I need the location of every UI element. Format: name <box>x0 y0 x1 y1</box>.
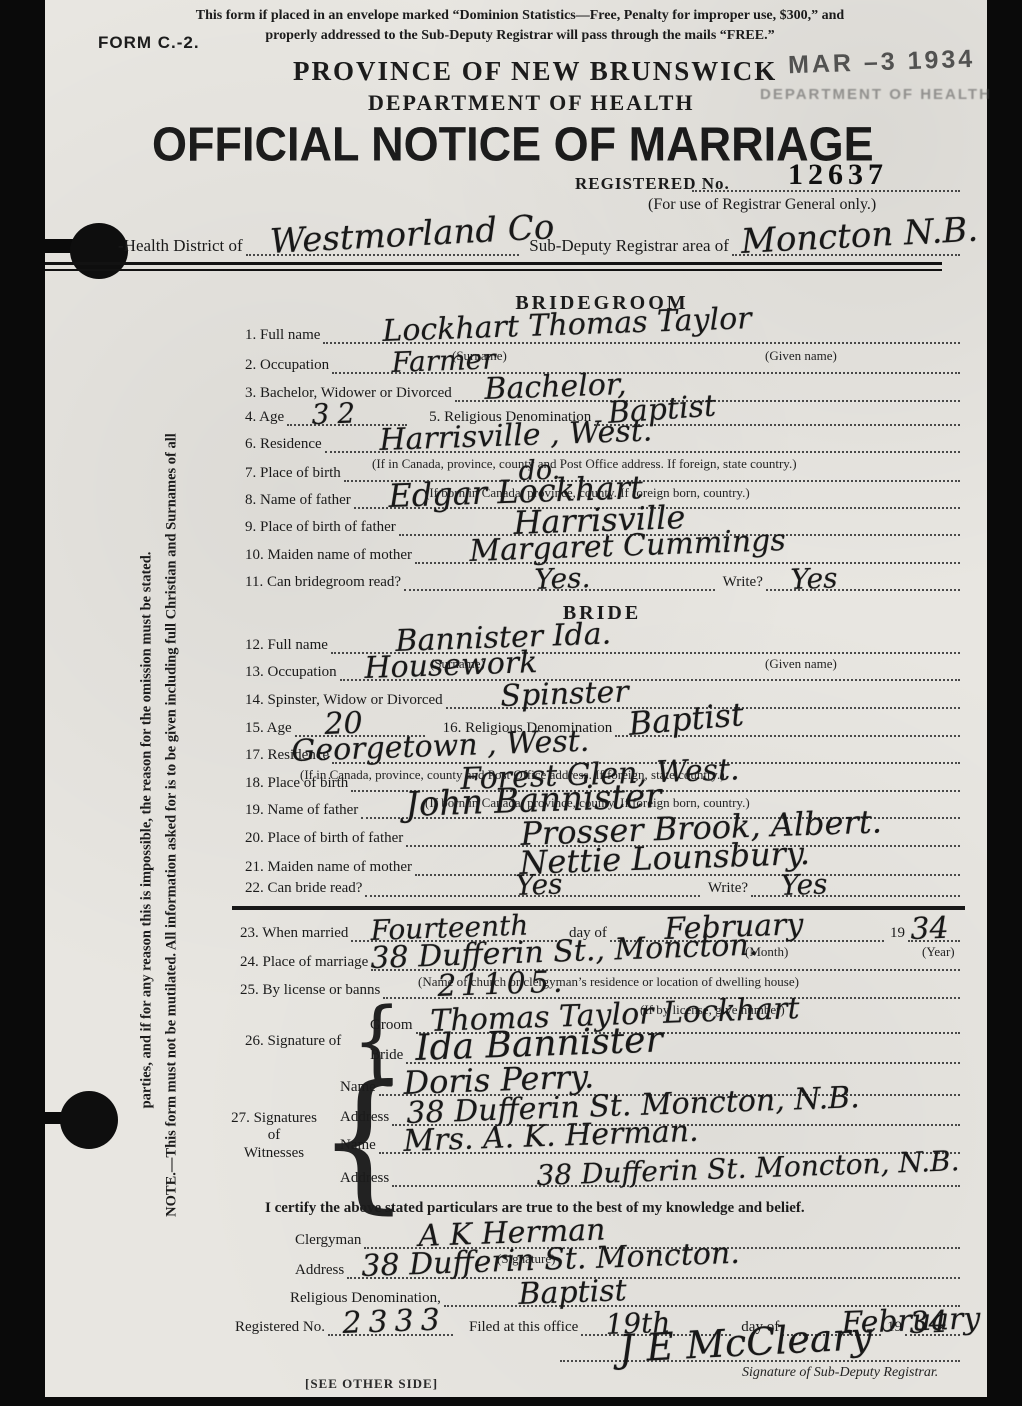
groom-read-value: Yes. <box>534 564 591 594</box>
groom-mother-label: 10. Maiden name of mother <box>245 547 415 564</box>
witnesses-label-1: 27. Signatures <box>228 1110 323 1127</box>
witnesses-label-2: of <box>228 1127 323 1144</box>
field-bride-signature: Bride Ida Bannister <box>370 1040 960 1064</box>
bride-father-birthplace-label: 20. Place of birth of father <box>245 830 406 847</box>
groom-age-value: 32 <box>311 399 364 429</box>
groom-residence-line: Harrisville , West. <box>325 427 960 453</box>
field-witness2-address: Address 38 Dufferin St. Moncton, N.B. <box>340 1163 960 1187</box>
footer-registered-line: 2333 <box>328 1310 453 1336</box>
health-district-value: Westmorland Co <box>269 210 555 259</box>
groom-fullname-line: Lockhart Thomas Taylor <box>323 318 960 344</box>
witness1-name-label: Name <box>340 1079 379 1096</box>
page-title: OFFICIAL NOTICE OF MARRIAGE <box>152 116 874 172</box>
field-groom-residence: 6. Residence Harrisville , West. <box>245 429 960 453</box>
registrar-signature-value: J E McCleary <box>618 1317 873 1368</box>
sub-deputy-area-line: Moncton N.B. <box>732 228 960 256</box>
registrar-general-note: (For use of Registrar General only.) <box>648 196 876 214</box>
filed-year-value: 34 <box>909 1308 948 1339</box>
registrar-signature-line: J E McCleary <box>560 1340 960 1362</box>
bride-write-line: Yes <box>751 871 960 897</box>
clergyman-label: Clergyman <box>295 1232 364 1249</box>
registrar-signature-subnote: Signature of Sub-Deputy Registrar. <box>742 1365 938 1381</box>
groom-occupation-value: Farmer <box>391 345 496 377</box>
district-row: -Health District of Westmorland Co Sub-D… <box>118 230 960 256</box>
health-district-line: Westmorland Co <box>246 228 520 256</box>
bride-father-label: 19. Name of father <box>245 802 361 819</box>
groom-mother-line: Margaret Cummings <box>415 538 960 564</box>
bride-occupation-line: Housework <box>340 655 960 681</box>
field-bride-read-write: 22. Can bride read? Yes Write? Yes <box>245 873 960 897</box>
footer-registered-label: Registered No. <box>235 1319 328 1336</box>
health-district-label: -Health District of <box>118 236 246 256</box>
clergyman-address-label: Address <box>295 1262 347 1279</box>
witnesses-label-3: Witnesses <box>228 1145 323 1162</box>
field-groom-mother: 10. Maiden name of mother Margaret Cummi… <box>245 540 960 564</box>
groom-residence-label: 6. Residence <box>245 436 325 453</box>
footer-registered-value: 2333 <box>342 1305 447 1339</box>
filed-year-line: 34 <box>905 1310 960 1336</box>
groom-signature-label: Groom <box>370 1017 416 1034</box>
witness2-address-label: Address <box>340 1170 392 1187</box>
punch-hole-bottom <box>60 1091 118 1149</box>
scan-edge-bottom <box>0 1397 1022 1406</box>
groom-occupation-label: 2. Occupation <box>245 357 332 374</box>
bride-religion-line: Baptist <box>615 711 960 737</box>
bride-write-label: Write? <box>700 880 751 897</box>
groom-read-line: Yes. <box>404 565 715 591</box>
field-license-banns: 25. By license or banns 21105. <box>240 975 960 999</box>
signature-of-label: 26. Signature of <box>245 1033 344 1050</box>
year-value: 34 <box>910 914 949 945</box>
received-date-stamp: MAR –3 1934 <box>788 45 976 81</box>
filed-at-office-label: Filed at this office <box>453 1319 581 1336</box>
groom-fullname-label: 1. Full name <box>245 327 323 344</box>
bride-read-label: 22. Can bride read? <box>245 880 365 897</box>
bride-read-line: Yes <box>365 871 699 897</box>
groom-mother-value: Margaret Cummings <box>469 526 786 567</box>
bride-occupation-label: 13. Occupation <box>245 664 340 681</box>
side-note-line2: parties, and if for any reason this is i… <box>139 552 156 1109</box>
groom-father-label: 8. Name of father <box>245 492 354 509</box>
witness2-address-line: 38 Dufferin St. Moncton, N.B. <box>392 1161 960 1187</box>
groom-occupation-line: Farmer <box>332 348 960 374</box>
place-of-marriage-label: 24. Place of marriage <box>240 954 371 971</box>
form-code: FORM C.-2. <box>98 33 200 53</box>
witness2-name-label: Name <box>340 1137 379 1154</box>
marriage-notice-document: This form if placed in an envelope marke… <box>0 0 1022 1406</box>
year-prefix: 19 <box>884 925 908 942</box>
clergyman-denomination-value: Baptist <box>518 1276 627 1310</box>
registered-no-value: 12637 <box>788 158 888 192</box>
year-line: 34 <box>908 916 960 942</box>
groom-birthplace-label: 7. Place of birth <box>245 465 344 482</box>
side-note-line1: NOTE.—This form must not be mutilated. A… <box>164 433 181 1217</box>
bride-status-value: Spinster <box>500 678 629 712</box>
see-other-side-note: [SEE OTHER SIDE] <box>305 1376 438 1392</box>
witness1-address-label: Address <box>340 1109 392 1126</box>
field-groom-fullname: 1. Full name Lockhart Thomas Taylor <box>245 320 960 344</box>
groom-residence-value: Harrisville , West. <box>379 416 653 456</box>
groom-father-birthplace-label: 9. Place of birth of father <box>245 519 399 536</box>
bride-write-value: Yes <box>780 870 828 900</box>
field-bride-fullname: 12. Full name Bannister Ida. <box>245 630 960 654</box>
mailing-note-line2: properly addressed to the Sub-Deputy Reg… <box>140 26 900 46</box>
field-place-of-marriage: 24. Place of marriage 38 Dufferin St., M… <box>240 947 960 971</box>
field-clergyman-address: Address 38 Dufferin St. Moncton. <box>295 1255 960 1279</box>
witnesses-label-block: 27. Signatures of Witnesses <box>228 1110 323 1162</box>
clergyman-denomination-line: Baptist <box>444 1281 960 1307</box>
witness2-name-value: Mrs. A. K. Herman. <box>403 1117 699 1157</box>
groom-write-value: Yes <box>790 564 838 594</box>
bride-age-label: 15. Age <box>245 720 295 737</box>
when-married-label: 23. When married <box>240 925 351 942</box>
scan-edge-right <box>987 0 1022 1406</box>
header-divider <box>45 262 942 271</box>
groom-write-line: Yes <box>766 565 960 591</box>
bride-read-value: Yes <box>515 870 563 900</box>
bride-birthplace-label: 18. Place of birth <box>245 775 351 792</box>
field-groom-read-write: 11. Can bridegroom read? Yes. Write? Yes <box>245 567 960 591</box>
bride-religion-value: Baptist <box>627 698 745 740</box>
scan-edge-left <box>0 0 45 1406</box>
license-banns-value: 21105. <box>437 968 567 1002</box>
groom-age-label: 4. Age <box>245 409 287 426</box>
province-heading: PROVINCE OF NEW BRUNSWICK <box>293 56 777 87</box>
place-of-marriage-line: 38 Dufferin St., Moncton. <box>371 945 960 971</box>
sub-deputy-area-value: Moncton N.B. <box>740 213 979 259</box>
department-stamp: DEPARTMENT OF HEALTH <box>760 86 992 103</box>
bride-fullname-label: 12. Full name <box>245 637 331 654</box>
section-divider <box>232 906 965 910</box>
groom-read-label: 11. Can bridegroom read? <box>245 574 404 591</box>
clergyman-address-line: 38 Dufferin St. Moncton. <box>347 1253 960 1279</box>
mailing-note: This form if placed in an envelope marke… <box>140 6 900 46</box>
department-heading: DEPARTMENT OF HEALTH <box>368 90 695 116</box>
mailing-note-line1: This form if placed in an envelope marke… <box>140 6 900 26</box>
groom-write-label: Write? <box>715 574 766 591</box>
